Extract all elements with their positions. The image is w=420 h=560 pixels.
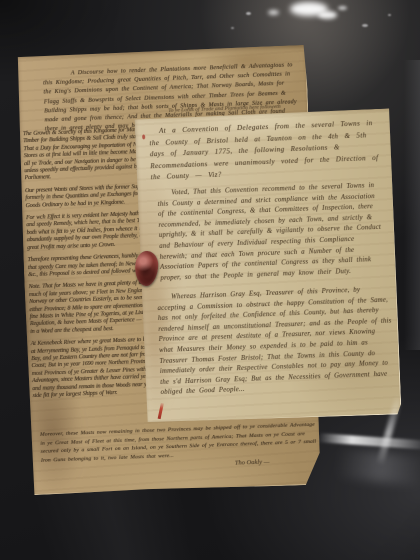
red-pencil-speck (142, 134, 145, 139)
dust-speck (231, 27, 234, 29)
convention-opening-paragraph: At a Convention of Delegates from the se… (149, 118, 381, 184)
glare-sheen-bottom-left (0, 488, 230, 560)
dust-speck (362, 24, 368, 27)
convention-resolution-2: Whereas Harrison Gray Esq, Treasurer of … (157, 285, 395, 399)
flash-glare-highlight (268, 10, 279, 15)
dust-speck (246, 12, 251, 15)
manuscript-signature: Tho Oakly — (209, 458, 295, 468)
photo-stage: A Discourse how to render the Plantation… (0, 0, 420, 560)
flash-glare-highlight (318, 11, 337, 19)
dust-speck (388, 14, 391, 16)
front-manuscript-page: At a Convention of Delegates from the se… (134, 108, 401, 423)
convention-resolution-1: Voted, That this Convention recommend to… (157, 181, 386, 285)
flash-glare-highlight (338, 6, 347, 10)
glare-sheen-right (404, 60, 420, 350)
